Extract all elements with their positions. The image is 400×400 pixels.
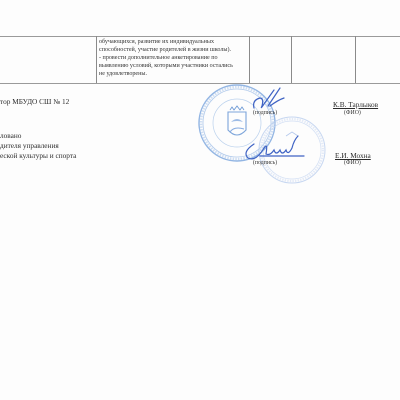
signature-label: (подпись): [253, 160, 277, 166]
director-title: тор МБУДО СШ № 12: [0, 97, 69, 106]
signatory-name-1: К.В. Тарлыков: [333, 100, 378, 109]
approval-line: дителя управления: [0, 141, 59, 150]
cell-line: способностей, участие родителей в жизни …: [99, 46, 249, 54]
cell-line: не удовлетворены.: [99, 70, 249, 78]
document-page: обучающихся, развитие их индивидуальных …: [0, 0, 400, 400]
approval-line: еской культуры и спорта: [0, 151, 76, 160]
cell-line: обучающихся, развитие их индивидуальных: [99, 38, 249, 46]
fio-label: (ФИО): [344, 110, 361, 116]
table-column-divider: [355, 36, 356, 83]
signatory-name-2: Е.И. Мохна: [335, 151, 371, 160]
table-column-divider: [96, 36, 97, 83]
cell-line: - провести дополнительное анкетирование …: [99, 54, 249, 62]
approval-line: ловано: [0, 131, 21, 140]
signature-label: (подпись): [253, 110, 277, 116]
fio-label: (ФИО): [344, 160, 361, 166]
table-column-divider: [291, 36, 292, 83]
table-cell-measures: обучающихся, развитие их индивидуальных …: [99, 38, 249, 78]
cell-line: выявлению условий, которыми участники ос…: [99, 62, 249, 70]
table-column-divider: [249, 36, 250, 83]
